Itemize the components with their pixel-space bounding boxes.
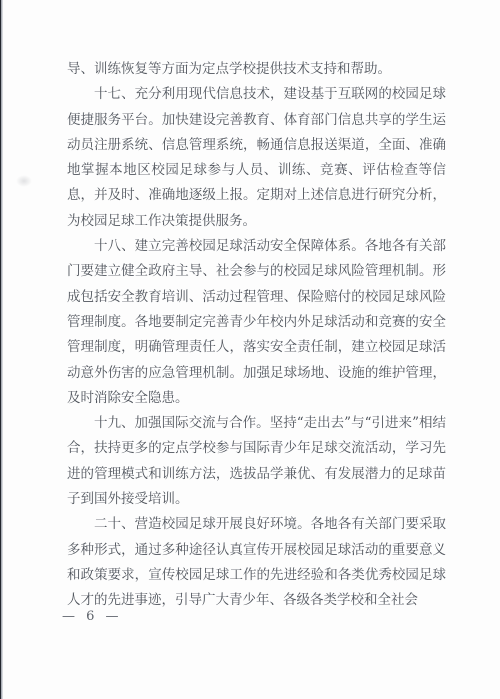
paragraph: 十七、充分利用现代信息技术，建设基于互联网的校园足球便捷服务平台。加快建设完善教… — [67, 82, 446, 234]
document-body: 导、训练恢复等方面为定点学校提供技术支持和帮助。十七、充分利用现代信息技术，建设… — [67, 57, 446, 614]
paragraph: 导、训练恢复等方面为定点学校提供技术支持和帮助。 — [67, 57, 446, 82]
document-page: 导、训练恢复等方面为定点学校提供技术支持和帮助。十七、充分利用现代信息技术，建设… — [0, 0, 500, 699]
page-number: — 6 — — [62, 609, 119, 625]
paragraph: 十八、建立完善校园足球活动安全保障体系。各地各有关部门要建立健全政府主导、社会参… — [67, 234, 446, 411]
scan-smudge-artifact — [16, 175, 32, 187]
paragraph: 十九、加强国际交流与合作。坚持“走出去”与“引进来”相结合，扶持更多的定点学校参… — [67, 411, 446, 512]
paragraph: 二十、营造校园足球开展良好环境。各地各有关部门要采取多种形式，通过多种途径认真宣… — [67, 512, 446, 613]
scan-edge-artifact — [0, 0, 3, 699]
